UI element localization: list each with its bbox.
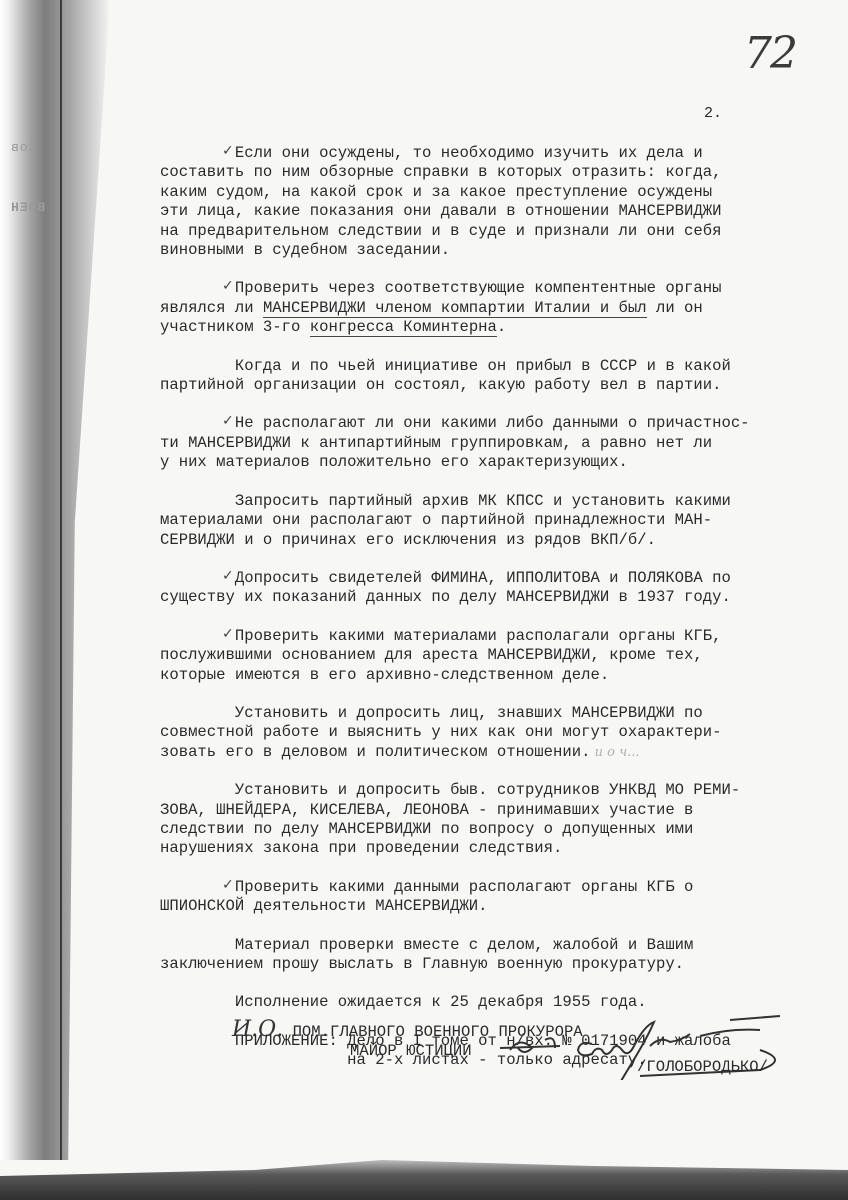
margin-ghost-text: Сов [10, 140, 36, 155]
document-body: ✓ Если они осуждены, то необходимо изучи… [160, 144, 820, 1090]
checkmark-icon: ✓ [222, 412, 234, 431]
binding-shadow [0, 0, 110, 1160]
paragraph: Запросить партийный архив МК КПСС и уста… [160, 492, 820, 550]
text-line: Не располагают ли они какими либо данным… [160, 414, 820, 433]
text-line: ЗОВА, ШНЕЙДЕРА, КИСЕЛЕВА, ЛЕОНОВА - прин… [160, 801, 820, 820]
text-line: эти лица, какие показания они давали в о… [160, 202, 820, 221]
signatory-name: /ГОЛОБОРОДЬКО/ [637, 1058, 768, 1076]
text-line: Проверить какими данными располагают орг… [160, 878, 820, 897]
text-line: партийной организации он состоял, какую … [160, 376, 820, 395]
paragraph: ✓ Проверить через соответствующие компен… [160, 279, 820, 337]
paragraph: ✓ Допросить свидетелей ФИМИНА, ИППОЛИТОВ… [160, 569, 820, 608]
paragraph: Установить и допросить лиц, знавших МАНС… [160, 704, 820, 762]
text-line: составить по ним обзорные справки в кото… [160, 163, 820, 182]
text-line: каким судом, на какой срок и за какое пр… [160, 183, 820, 202]
checkmark-icon: ✓ [222, 625, 234, 644]
text-line: заключением прошу выслать в Главную воен… [160, 955, 820, 974]
text-line: Проверить через соответствующие компенте… [160, 279, 820, 298]
text-line: являлся ли МАНСЕРВИДЖИ членом компартии … [160, 299, 820, 318]
document-page: Сов ВОЕН 72 2. ✓ Если они осуждены, то н… [0, 0, 848, 1200]
text-line: виновными в судебном заседании. [160, 241, 820, 260]
folio-number: 72 [744, 28, 796, 79]
text-line: существу их показаний данных по делу МАН… [160, 588, 820, 607]
text-line: Проверить какими материалами располагали… [160, 627, 820, 646]
checkmark-icon: ✓ [222, 876, 234, 895]
paragraph: Установить и допросить быв. сотрудников … [160, 781, 820, 859]
paragraph: ✓ Если они осуждены, то необходимо изучи… [160, 144, 820, 260]
text-line: которые имеются в его архивно-следственн… [160, 666, 820, 685]
text-line: Материал проверки вместе с делом, жалобо… [160, 936, 820, 955]
paragraph: ✓ Проверить какими материалами располага… [160, 627, 820, 685]
margin-ghost-text: ВОЕН [10, 200, 45, 215]
text-line: Установить и допросить быв. сотрудников … [160, 781, 820, 800]
text-line: материалами они располагают о партийной … [160, 511, 820, 530]
text-line: СЕРВИДЖИ и о причинах его исключения из … [160, 531, 820, 550]
text-line: послужившими основанием для ареста МАНСЕ… [160, 646, 820, 665]
text-line: зовать его в деловом и политическом отно… [160, 743, 820, 762]
text-line: Когда и по чьей инициативе он прибыл в С… [160, 357, 820, 376]
page-number: 2. [704, 105, 722, 122]
handwritten-note: и о ч... [590, 745, 639, 760]
text-line: следствии по делу МАНСЕРВИДЖИ по вопросу… [160, 820, 820, 839]
text-line: ти МАНСЕРВИДЖИ к антипартийным группиров… [160, 434, 820, 453]
text-line: ШПИОНСКОЙ деятельности МАНСЕРВИДЖИ. [160, 897, 820, 916]
paragraph: Когда и по чьей инициативе он прибыл в С… [160, 357, 820, 396]
text-line: участником 3-го конгресса Коминтерна. [160, 318, 820, 337]
paragraph: Материал проверки вместе с делом, жалобо… [160, 936, 820, 975]
checkmark-icon: ✓ [222, 142, 234, 161]
bottom-page-shadow [0, 1160, 848, 1200]
text-line: Запросить партийный архив МК КПСС и уста… [160, 492, 820, 511]
text-line: на предварительном следствии и в суде и … [160, 222, 820, 241]
text-line: у них материалов положительно его характ… [160, 453, 820, 472]
text-line: Установить и допросить лиц, знавших МАНС… [160, 704, 820, 723]
checkmark-icon: ✓ [222, 567, 234, 586]
text-line: нарушениях закона при проведении следств… [160, 839, 820, 858]
paragraph: ✓ Проверить какими данными располагают о… [160, 878, 820, 917]
checkmark-icon: ✓ [222, 277, 234, 296]
handwritten-prefix: И.О. [232, 1017, 283, 1042]
text-line: Если они осуждены, то необходимо изучить… [160, 144, 820, 163]
text-line: совместной работе и выяснить у них как о… [160, 723, 820, 742]
binding-edge [60, 0, 62, 1160]
paragraph: ✓ Не располагают ли они какими либо данн… [160, 414, 820, 472]
text-line: Допросить свидетелей ФИМИНА, ИППОЛИТОВА … [160, 569, 820, 588]
